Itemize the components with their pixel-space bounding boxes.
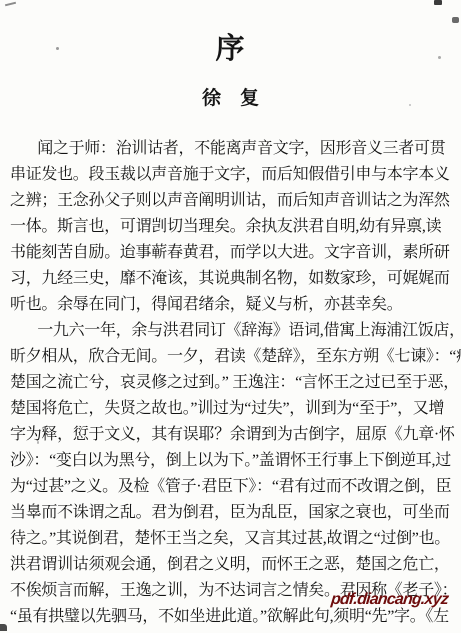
text-line: 一体。斯言也，可谓剀切当理矣。余执友洪君自明,幼有异禀,读 xyxy=(10,214,451,240)
scanned-book-page: 序 徐 复 闻之于师：治训诂者，不能离声音文字，因形音义三者可贯 串证发也。段玉… xyxy=(0,0,461,633)
text-line: 串证发也。段玉裁以声音施于文字，而后知假借引申与本字本义 xyxy=(10,162,451,188)
text-line: 字为释，愆于文义，其有误耶？余谓到为古倒字，屈原《九章·怀 xyxy=(10,422,451,448)
text-line: 之辨；王念孙父子则以声音阐明训诂，而后知声音训诂之为浑然 xyxy=(10,188,451,214)
text-line: 沙》：“变白以为黑兮，倒上以为下。”盖谓怀王行事上下倒逆耳,过 xyxy=(10,448,451,474)
scan-artifact xyxy=(56,47,59,50)
scan-artifact xyxy=(452,17,459,23)
scan-artifact xyxy=(5,2,16,7)
watermark: pdf.diancang.xyz xyxy=(330,591,449,609)
page-title: 序 xyxy=(0,26,461,67)
text-line: 楚国将危亡，失贤之故也。”训过为“过失”，训到为“至于”，又增 xyxy=(10,396,451,422)
preface-body: 闻之于师：治训诂者，不能离声音文字，因形音义三者可贯 串证发也。段玉裁以声音施于… xyxy=(10,136,451,630)
text-line: 闻之于师：治训诂者，不能离声音文字，因形音义三者可贯 xyxy=(10,136,451,162)
scan-artifact xyxy=(0,624,7,631)
text-line: 一九六一年，余与洪君同订《辞海》语词,借寓上海浦江饭店， xyxy=(10,318,451,344)
text-line: 当辠而不诛谓之乱。君为倒君，臣为乱臣，国家之衰也，可坐而 xyxy=(10,500,451,526)
scan-artifact xyxy=(438,56,441,59)
text-line: 楚国之流亡兮，哀灵修之过到。” 王逸注：“言怀王之过已至于恶， xyxy=(10,370,451,396)
text-line: 书能刻苦自励。迨事蕲春黄君，而学以大进。文字音训，素所研 xyxy=(10,240,451,266)
scan-artifact xyxy=(37,441,39,444)
text-line: 昕夕相从，欣合无间。一夕，君读《楚辞》，至东方朔《七谏》：“痛 xyxy=(10,344,451,370)
author-name: 徐 复 xyxy=(0,83,461,110)
text-line: 习，九经三史，靡不淹该，其说典制名物，如数家珍，可娓娓而 xyxy=(10,266,451,292)
scan-artifact xyxy=(409,104,411,106)
text-line: 待之。”其说倒君，楚怀王当之矣，又言其过甚,故谓之“过倒”也。 xyxy=(10,526,451,552)
scan-artifact xyxy=(434,0,442,5)
text-line: 为“过甚”之义。及检《管子·君臣下》：“君有过而不改谓之倒，臣 xyxy=(10,474,451,500)
text-line: 听也。余辱在同门，得闻君绪余，疑义与析，亦甚幸矣。 xyxy=(10,292,451,318)
text-line: 洪君谓训诂须观会通，倒君之义明，而怀王之恶，楚国之危亡， xyxy=(10,552,451,578)
